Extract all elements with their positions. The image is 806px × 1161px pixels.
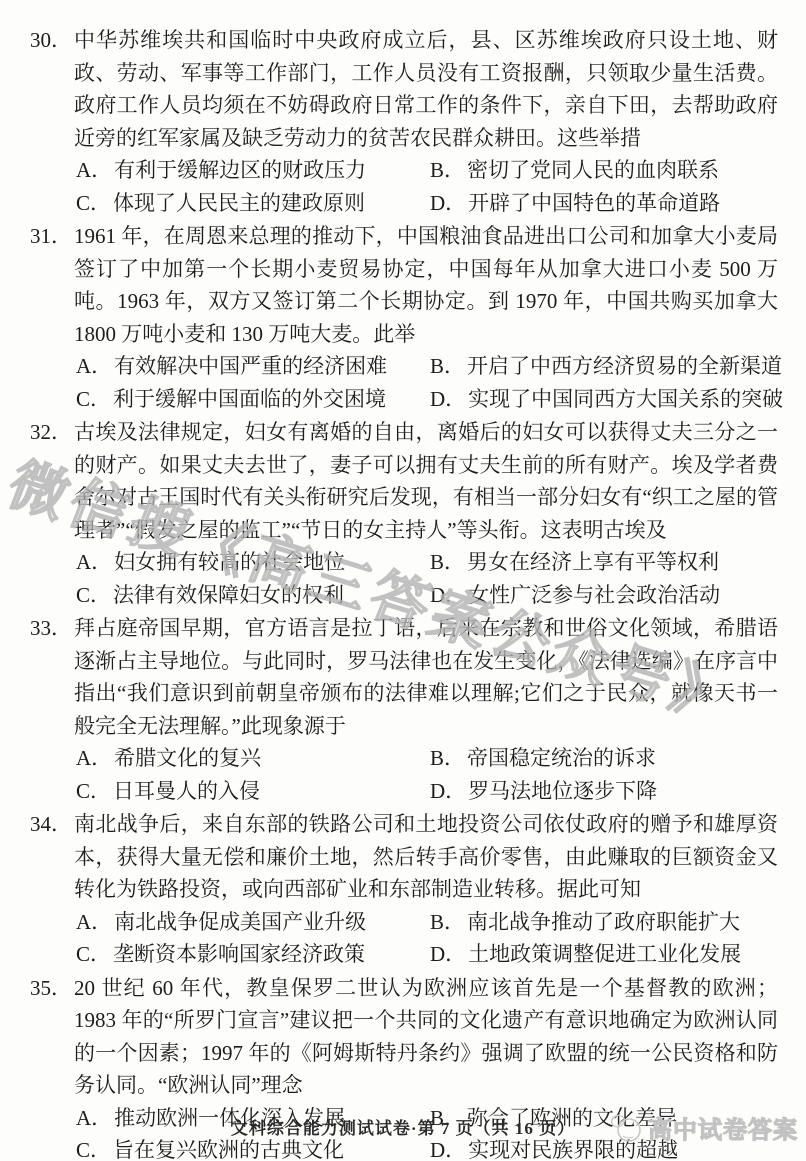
option-30-a: A．有利于缓解边区的财政压力 bbox=[76, 154, 430, 187]
question-32: 32． 古埃及法律规定，妇女有离婚的自由，离婚后的妇女可以获得丈夫三分之一的财产… bbox=[30, 416, 778, 611]
option-label: C． bbox=[76, 583, 111, 607]
question-31: 31． 1961 年，在周恩来总理的推动下，中国粮油食品进出口公司和加拿大小麦局… bbox=[30, 220, 778, 415]
option-text: 罗马法地位逐步下降 bbox=[468, 779, 657, 803]
option-30-d: D．开辟了中国特色的革命道路 bbox=[430, 187, 778, 220]
option-text: 旨在复兴欧洲的古典文化 bbox=[113, 1138, 344, 1161]
question-stem: 1961 年，在周恩来总理的推动下，中国粮油食品进出口公司和加拿大小麦局签订了中… bbox=[74, 220, 778, 350]
question-stem: 古埃及法律规定，妇女有离婚的自由，离婚后的妇女可以获得丈夫三分之一的财产。如果丈… bbox=[74, 416, 778, 546]
option-31-d: D．实现了中国同西方大国关系的突破 bbox=[430, 383, 783, 416]
option-label: B． bbox=[430, 354, 465, 378]
option-label: D． bbox=[430, 387, 466, 411]
option-label: D． bbox=[430, 779, 466, 803]
question-30: 30． 中华苏维埃共和国临时中央政府成立后，县、区苏维埃政府只设土地、财政、劳动… bbox=[30, 24, 778, 219]
option-text: 南北战争促成美国产业升级 bbox=[114, 910, 366, 934]
option-label: D． bbox=[430, 942, 466, 966]
option-text: 实现了中国同西方大国关系的突破 bbox=[468, 387, 783, 411]
option-33-a: A．希腊文化的复兴 bbox=[76, 742, 430, 775]
option-33-b: B．帝国稳定统治的诉求 bbox=[430, 742, 778, 775]
option-label: A． bbox=[76, 550, 112, 574]
questions-area: 30． 中华苏维埃共和国临时中央政府成立后，县、区苏维埃政府只设土地、财政、劳动… bbox=[30, 24, 778, 1161]
option-32-d: D．女性广泛参与社会政治活动 bbox=[430, 579, 778, 612]
question-stem: 20 世纪 60 年代，教皇保罗二世认为欧洲应该首先是一个基督教的欧洲；1983… bbox=[74, 972, 778, 1102]
option-text: 南北战争推动了政府职能扩大 bbox=[467, 910, 740, 934]
question-33: 33． 拜占庭帝国早期，官方语言是拉丁语，后来在宗教和世俗文化领域，希腊语逐渐占… bbox=[30, 612, 778, 807]
brand-text: 高中试卷答案 bbox=[648, 1110, 798, 1145]
options-group: A．有效解决中国严重的经济困难 B．开启了中西方经济贸易的全新渠道 C．利于缓解… bbox=[76, 350, 778, 415]
option-label: D． bbox=[430, 1138, 466, 1161]
option-34-a: A．南北战争促成美国产业升级 bbox=[76, 906, 430, 939]
brand-logo-icon bbox=[609, 1112, 643, 1144]
options-group: A．有利于缓解边区的财政压力 B．密切了党同人民的血肉联系 C．体现了人民民主的… bbox=[76, 154, 778, 219]
option-34-b: B．南北战争推动了政府职能扩大 bbox=[430, 906, 778, 939]
question-stem: 南北战争后，来自东部的铁路公司和土地投资公司依仗政府的赠予和雄厚资本，获得大量无… bbox=[74, 808, 778, 906]
option-label: B． bbox=[430, 746, 465, 770]
option-32-c: C．法律有效保障妇女的权利 bbox=[76, 579, 430, 612]
exam-paper-page: 微信搜《高三答案公众号》 30． 中华苏维埃共和国临时中央政府成立后，县、区苏维… bbox=[0, 0, 806, 1161]
option-label: B． bbox=[430, 910, 465, 934]
options-group: A．妇女拥有较高的社会地位 B．男女在经济上享有平等权利 C．法律有效保障妇女的… bbox=[76, 546, 778, 611]
option-text: 有效解决中国严重的经济困难 bbox=[114, 354, 387, 378]
option-30-c: C．体现了人民民主的建政原则 bbox=[76, 187, 430, 220]
option-text: 土地政策调整促进工业化发展 bbox=[468, 942, 741, 966]
option-text: 密切了党同人民的血肉联系 bbox=[467, 158, 719, 182]
question-number: 33． bbox=[30, 612, 74, 742]
option-label: B． bbox=[430, 550, 465, 574]
option-text: 女性广泛参与社会政治活动 bbox=[468, 583, 720, 607]
option-31-b: B．开启了中西方经济贸易的全新渠道 bbox=[430, 350, 783, 383]
option-label: A． bbox=[76, 158, 112, 182]
option-33-d: D．罗马法地位逐步下降 bbox=[430, 775, 778, 808]
option-label: C． bbox=[76, 1138, 111, 1161]
option-label: D． bbox=[430, 583, 466, 607]
option-label: C． bbox=[76, 779, 111, 803]
question-stem: 拜占庭帝国早期，官方语言是拉丁语，后来在宗教和世俗文化领域，希腊语逐渐占主导地位… bbox=[74, 612, 778, 742]
option-text: 妇女拥有较高的社会地位 bbox=[114, 550, 345, 574]
question-number: 30． bbox=[30, 24, 74, 154]
question-number: 31． bbox=[30, 220, 74, 350]
option-34-d: D．土地政策调整促进工业化发展 bbox=[430, 938, 778, 971]
option-31-a: A．有效解决中国严重的经济困难 bbox=[76, 350, 430, 383]
option-text: 开启了中西方经济贸易的全新渠道 bbox=[467, 354, 782, 378]
question-stem: 中华苏维埃共和国临时中央政府成立后，县、区苏维埃政府只设土地、财政、劳动、军事等… bbox=[74, 24, 778, 154]
option-text: 有利于缓解边区的财政压力 bbox=[114, 158, 366, 182]
option-label: A． bbox=[76, 746, 112, 770]
option-label: C． bbox=[76, 942, 111, 966]
option-label: C． bbox=[76, 387, 111, 411]
option-text: 日耳曼人的入侵 bbox=[113, 779, 260, 803]
options-group: A．希腊文化的复兴 B．帝国稳定统治的诉求 C．日耳曼人的入侵 D．罗马法地位逐… bbox=[76, 742, 778, 807]
option-33-c: C．日耳曼人的入侵 bbox=[76, 775, 430, 808]
option-32-a: A．妇女拥有较高的社会地位 bbox=[76, 546, 430, 579]
option-34-c: C．垄断资本影响国家经济政策 bbox=[76, 938, 430, 971]
option-text: 体现了人民民主的建政原则 bbox=[113, 191, 365, 215]
options-group: A．南北战争促成美国产业升级 B．南北战争推动了政府职能扩大 C．垄断资本影响国… bbox=[76, 906, 778, 971]
option-text: 希腊文化的复兴 bbox=[114, 746, 261, 770]
question-34: 34． 南北战争后，来自东部的铁路公司和土地投资公司依仗政府的赠予和雄厚资本，获… bbox=[30, 808, 778, 971]
question-number: 34． bbox=[30, 808, 74, 906]
option-label: A． bbox=[76, 910, 112, 934]
option-text: 垄断资本影响国家经济政策 bbox=[113, 942, 365, 966]
option-label: D． bbox=[430, 191, 466, 215]
option-label: B． bbox=[430, 158, 465, 182]
option-text: 帝国稳定统治的诉求 bbox=[467, 746, 656, 770]
brand-watermark: 高中试卷答案 bbox=[609, 1110, 798, 1145]
option-label: C． bbox=[76, 191, 111, 215]
question-number: 35． bbox=[30, 972, 74, 1102]
question-number: 32． bbox=[30, 416, 74, 546]
option-text: 法律有效保障妇女的权利 bbox=[113, 583, 344, 607]
option-31-c: C．利于缓解中国面临的外交困境 bbox=[76, 383, 430, 416]
option-32-b: B．男女在经济上享有平等权利 bbox=[430, 546, 778, 579]
option-text: 男女在经济上享有平等权利 bbox=[467, 550, 719, 574]
option-text: 利于缓解中国面临的外交困境 bbox=[113, 387, 386, 411]
option-label: A． bbox=[76, 354, 112, 378]
option-text: 开辟了中国特色的革命道路 bbox=[468, 191, 720, 215]
option-30-b: B．密切了党同人民的血肉联系 bbox=[430, 154, 778, 187]
